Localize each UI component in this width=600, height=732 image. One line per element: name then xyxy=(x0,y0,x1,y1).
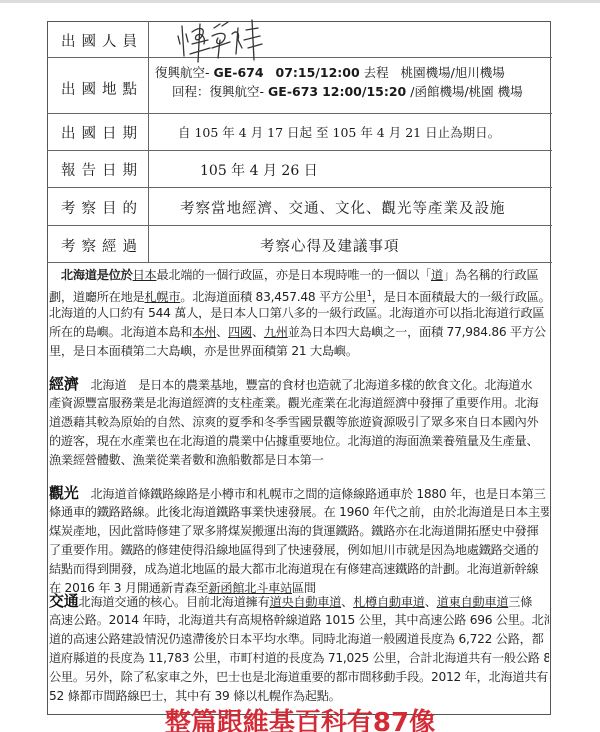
link-shikoku[interactable]: 四國 xyxy=(228,325,252,339)
transport-line: 公里。另外，除了私家車之外，巴士也是北海道重要的都市間移動手段。2012 年，北… xyxy=(49,668,549,686)
tourism-line: 了重要作用。鐵路的修建使得沿線地區得到了快速發展，例如旭川市就是因為地處鐵路交通… xyxy=(49,541,549,559)
flight-route: 桃園機場/旭川機場 xyxy=(401,65,505,80)
column-divider xyxy=(148,21,149,263)
label-char: 出 xyxy=(61,30,76,51)
label-char: 國 xyxy=(82,30,97,51)
flight-number: GE-673 xyxy=(268,84,318,99)
intro-line: 北海道是位於日本最北端的一個行政區，亦是日本現時唯一的一個以「道」為名稱的行政區 xyxy=(49,266,549,284)
flight-time: 07:15/12:00 xyxy=(276,65,360,80)
economy-line: 道憑藉其較為原始的自然、涼爽的夏季和冬季雪國景觀等旅遊資源吸引了眾多來自日本國內… xyxy=(49,413,549,431)
label-char: 人 xyxy=(102,30,117,51)
text: 所在的島嶼。北海道本島和 xyxy=(49,325,192,339)
label-purpose: 考 察 目 的 xyxy=(49,197,147,218)
link-japan[interactable]: 日本 xyxy=(133,268,157,282)
label-char: 國 xyxy=(82,122,97,143)
red-annotation: 整篇跟維基百科有87像 xyxy=(0,702,600,732)
link-kyushu[interactable]: 九州 xyxy=(264,325,288,339)
text: 。北海道面積 83,457.48 平方公里 xyxy=(180,290,366,304)
economy-line: 的遊客，現在水產業也在北海道的農業中佔據重要地位。北海道的海面漁業養殖量及生產量… xyxy=(49,432,549,450)
label-char: 出 xyxy=(61,78,76,99)
label-traveler: 出 國 人 員 xyxy=(49,30,147,51)
text: 、 xyxy=(341,595,353,609)
tourism-line: 結點而得到開發，成為道北地區的最大都市北海道現在有修建高速鐵路的計劃。北海道新幹… xyxy=(49,560,549,578)
label-char: 出 xyxy=(61,122,76,143)
top-edge-bar xyxy=(0,0,600,3)
transport-line: 高速公路。2014 年時，北海道共有高規格幹線道路 1015 公里，其中高速公路… xyxy=(49,611,549,629)
purpose-value: 考察當地經濟、交通、文化、觀光等產業及設施 xyxy=(180,197,506,218)
economy-line: 經濟 北海道 是日本的農業基地，豐富的食材也造就了北海道多樣的飲食文化。北海道水 xyxy=(49,375,549,394)
link-do-o-expressway[interactable]: 道央自動車道 xyxy=(270,595,342,609)
return-flight: 回程：復興航空- GE-673 12:00/15:20 /函館機場/桃園 機場 xyxy=(172,82,523,100)
row-divider xyxy=(47,262,552,263)
label-char: 期 xyxy=(123,159,138,180)
label-char: 員 xyxy=(123,30,138,51)
text: 、 xyxy=(425,595,437,609)
label-process: 考 察 經 過 xyxy=(49,235,147,256)
label-char: 察 xyxy=(82,197,97,218)
text: 並為日本四大島嶼之一，面積 77,984.86 平方公 xyxy=(288,325,546,339)
airline: 復興航空- xyxy=(155,65,210,80)
intro-line: 里，是日本面積第二大島嶼，亦是世界面積第 21 大島嶼。 xyxy=(49,342,549,360)
text: 、 xyxy=(252,325,264,339)
label-char: 的 xyxy=(123,197,138,218)
text: 北海道是位於 xyxy=(49,268,133,282)
row-divider xyxy=(47,150,552,151)
airline: 復興航空- xyxy=(210,84,265,99)
intro-line: 北海道的人口約有 544 萬人，是日本人口第八多的一級行政區。北海道亦可以指北海… xyxy=(49,304,549,322)
label-char: 過 xyxy=(123,235,138,256)
text: 北海道首條鐵路線路是小樽市和札幌市之間的這條線路通車於 1880 年，也是日本第… xyxy=(79,487,546,501)
tourism-line: 煤炭產地，因此當時修建了眾多將煤炭搬運出海的貨運鐵路。鐵路亦在北海道開拓歷史中發… xyxy=(49,522,549,540)
text: ，是日本面積最大的一級行政區。 xyxy=(372,290,549,304)
section-heading-transport: 交通 xyxy=(49,592,79,610)
flight-route: /函館機場/桃園 機場 xyxy=(410,84,522,99)
section-heading-tourism: 觀光 xyxy=(49,484,79,502)
transport-line: 道府縣道的長度為 11,783 公里，市町村道的長度為 71,025 公里，合計… xyxy=(49,649,549,667)
row-divider xyxy=(47,225,552,226)
row-divider xyxy=(47,187,552,188)
label-char: 國 xyxy=(82,78,97,99)
label-char: 期 xyxy=(123,122,138,143)
label-destination: 出 國 地 點 xyxy=(49,78,147,99)
text: 」為名稱的行政區 xyxy=(443,268,539,282)
economy-line: 產資源豐富服務業是北海道經濟的支柱產業。觀光產業在北海道經濟中發揮了重要作用。北… xyxy=(49,394,549,412)
transport-first-line: 交通北海道交通的核心。目前北海道擁有道央自動車道、札樽自動車道、道東自動車道三條 xyxy=(49,592,549,611)
link-honshu[interactable]: 本州 xyxy=(192,325,216,339)
travel-dates-value: 自 105 年 4 月 17 日起 至 105 年 4 月 21 日止為期日。 xyxy=(178,123,500,141)
tourism-line: 條通車的鐵路路線。此後北海道鐵路事業快速發展。在 1960 年代之前，由於北海道… xyxy=(49,503,549,521)
section-heading-economy: 經濟 xyxy=(49,375,79,393)
intro-line: 劃，道廳所在地是札幌市。北海道面積 83,457.48 平方公里1，是日本面積最… xyxy=(49,285,549,306)
flight-number: GE-674 xyxy=(214,65,264,80)
transport-line: 道的高速公路建設情況仍遠滯後於日本平均水準。同時北海道一般國道長度為 6,722… xyxy=(49,630,549,648)
flight-direction: 去程 xyxy=(364,65,389,80)
text: 最北端的一個行政區，亦是日本現時唯一的一個以「 xyxy=(156,268,431,282)
row-divider xyxy=(47,57,552,58)
link-sapporo[interactable]: 札幌市 xyxy=(145,290,181,304)
label-char: 察 xyxy=(82,235,97,256)
text: 北海道 是日本的農業基地，豐富的食材也造就了北海道多樣的飲食文化。北海道水 xyxy=(79,378,533,392)
label-char: 經 xyxy=(102,235,117,256)
label-char: 考 xyxy=(61,197,76,218)
intro-line: 所在的島嶼。北海道本島和本州、四國、九州並為日本四大島嶼之一，面積 77,984… xyxy=(49,323,549,341)
row-divider xyxy=(47,113,552,114)
label-report-date: 報 告 日 期 xyxy=(49,159,147,180)
link-doto-expressway[interactable]: 道東自動車道 xyxy=(437,595,509,609)
tourism-line: 觀光 北海道首條鐵路線路是小樽市和札幌市之間的這條線路通車於 1880 年，也是… xyxy=(49,484,549,503)
text: 三條 xyxy=(508,595,532,609)
link-dou[interactable]: 道 xyxy=(431,268,443,282)
process-value: 考察心得及建議事項 xyxy=(260,235,400,256)
return-prefix: 回程： xyxy=(172,84,210,99)
label-travel-dates: 出 國 日 期 xyxy=(49,122,147,143)
label-char: 目 xyxy=(102,197,117,218)
label-char: 點 xyxy=(123,78,138,99)
label-char: 地 xyxy=(102,78,117,99)
label-char: 告 xyxy=(82,159,97,180)
text: 、 xyxy=(216,325,228,339)
text: 北海道交通的核心。目前北海道擁有 xyxy=(79,595,270,609)
link-sassho-expressway[interactable]: 札樽自動車道 xyxy=(353,595,425,609)
label-char: 日 xyxy=(102,122,117,143)
flight-time: 12:00/15:20 xyxy=(322,84,406,99)
handwritten-signature xyxy=(176,14,276,64)
report-date-value: 105 年 4 月 26 日 xyxy=(200,160,318,180)
text: 劃，道廳所在地是 xyxy=(49,290,145,304)
label-char: 日 xyxy=(102,159,117,180)
label-char: 考 xyxy=(61,235,76,256)
economy-line: 漁業經營體數、漁業從業者數和漁船數都是日本第一 xyxy=(49,451,549,469)
label-char: 報 xyxy=(61,159,76,180)
outbound-flight: 復興航空- GE-674 07:15/12:00 去程 桃園機場/旭川機場 xyxy=(155,63,505,81)
